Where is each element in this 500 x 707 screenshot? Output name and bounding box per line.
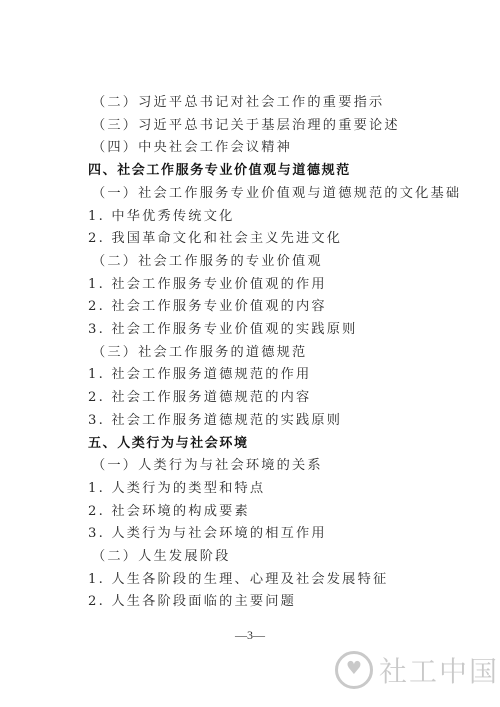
- outline-line: 1. 中华优秀传统文化: [88, 209, 234, 225]
- outline-line: 3. 人类行为与社会环境的相互作用: [88, 526, 327, 542]
- outline-line: （三）社会工作服务的道德规范: [92, 345, 307, 361]
- outline-line: （一）社会工作服务专业价值观与道德规范的文化基础: [92, 186, 461, 202]
- outline-line: 2. 社会环境的构成要素: [88, 504, 250, 520]
- outline-line: 3. 社会工作服务道德规范的实践原则: [88, 413, 342, 429]
- outline-line: 1. 人类行为的类型和特点: [88, 481, 265, 497]
- section-heading: 四、社会工作服务专业价值观与道德规范: [88, 163, 351, 179]
- outline-line: 2. 社会工作服务道德规范的内容: [88, 390, 311, 406]
- outline-line: 1. 社会工作服务道德规范的作用: [88, 367, 311, 383]
- outline-line: （二）社会工作服务的专业价值观: [92, 254, 323, 270]
- outline-line: （二）习近平总书记对社会工作的重要指示: [92, 95, 384, 111]
- outline-line: （二）人生发展阶段: [92, 549, 231, 565]
- outline-line: 2. 我国革命文化和社会主义先进文化: [88, 231, 342, 247]
- outline-line: （四）中央社会工作会议精神: [92, 140, 292, 156]
- outline-line: 2. 社会工作服务专业价值观的内容: [88, 299, 327, 315]
- watermark-text: 社工中国: [379, 650, 499, 690]
- watermark: 社工中国: [335, 650, 499, 690]
- section-heading: 五、人类行为与社会环境: [88, 436, 249, 452]
- heart-emblem-icon: [335, 651, 373, 689]
- page-number: —3—: [0, 628, 500, 643]
- outline-line: 3. 社会工作服务专业价值观的实践原则: [88, 322, 358, 338]
- document-page: （二）习近平总书记对社会工作的重要指示 （三）习近平总书记关于基层治理的重要论述…: [0, 0, 500, 707]
- outline-line: 2. 人生各阶段面临的主要问题: [88, 594, 296, 610]
- outline-line: （一）人类行为与社会环境的关系: [92, 458, 323, 474]
- outline-line: 1. 社会工作服务专业价值观的作用: [88, 277, 327, 293]
- outline-line: （三）习近平总书记关于基层治理的重要论述: [92, 118, 400, 134]
- outline-line: 1. 人生各阶段的生理、心理及社会发展特征: [88, 572, 388, 588]
